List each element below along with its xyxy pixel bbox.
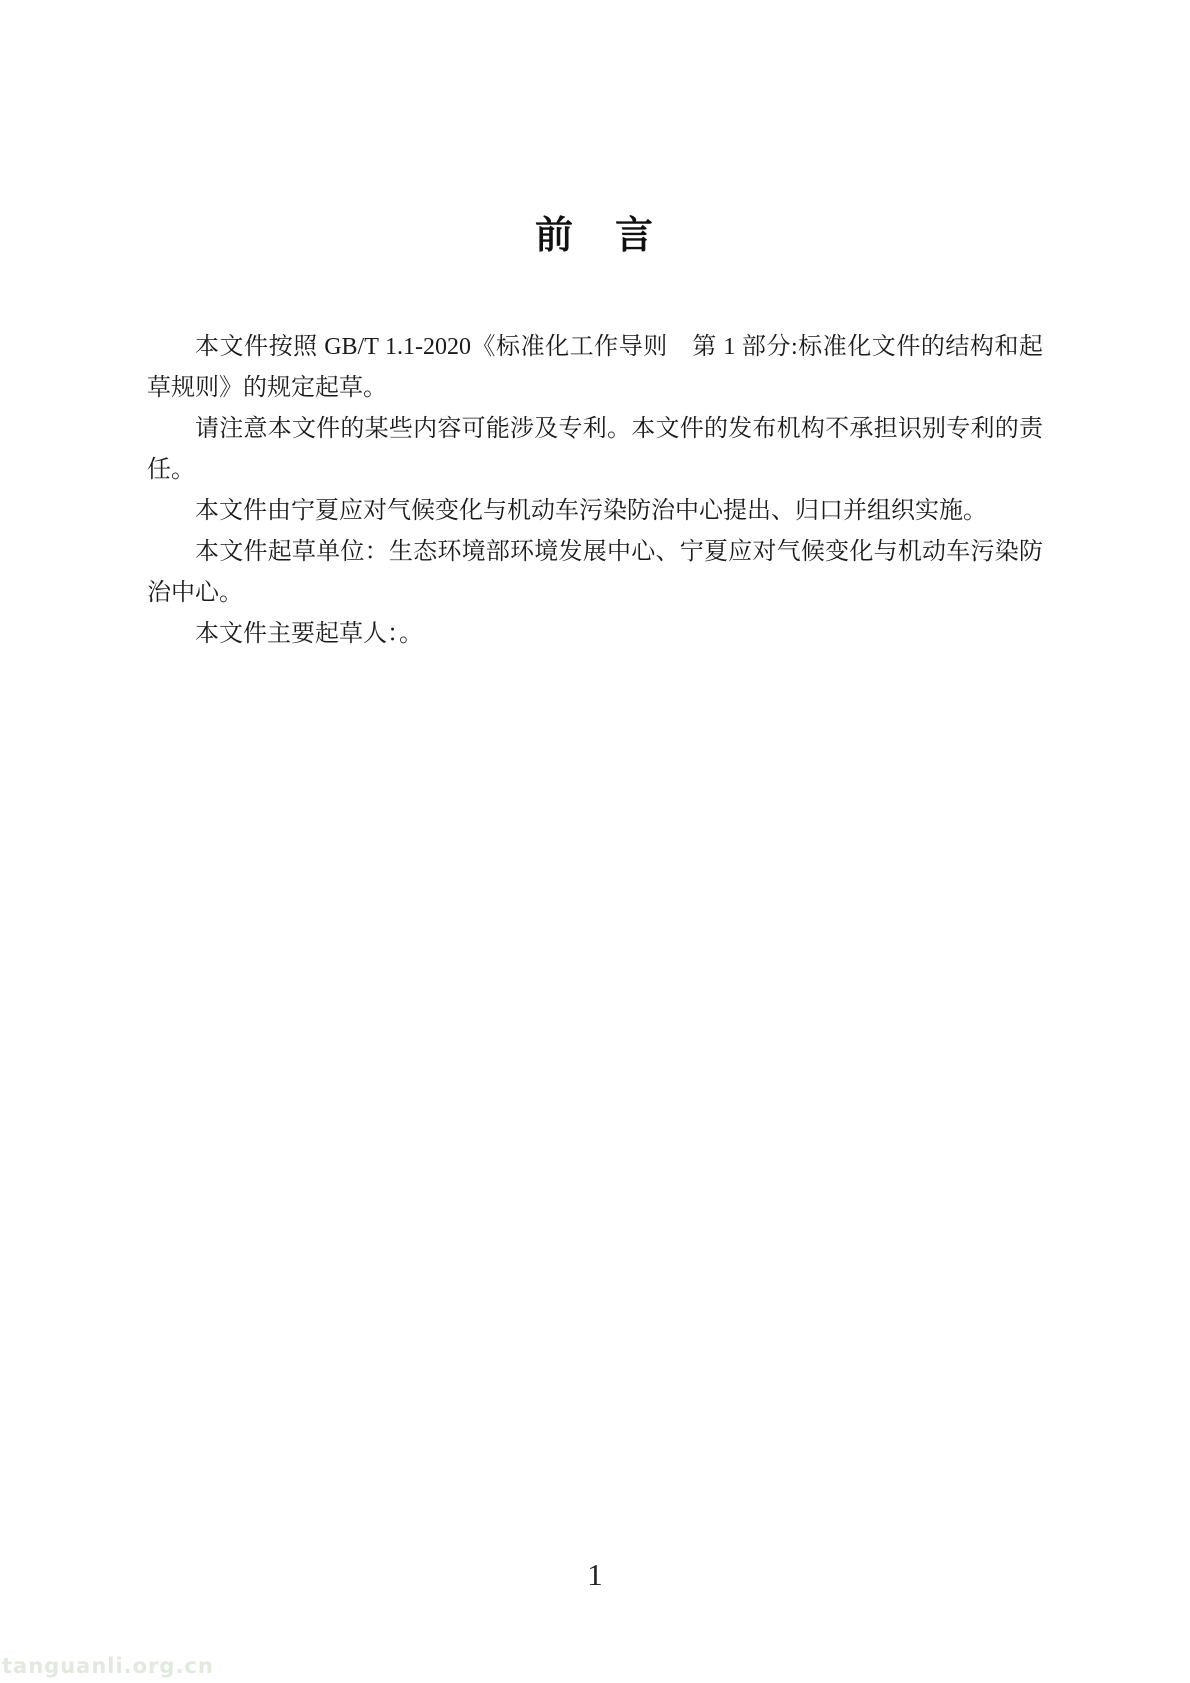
foreword-body: 本文件按照 GB/T 1.1-2020《标准化工作导则 第 1 部分:标准化文件… <box>147 327 1043 655</box>
paragraph-proposing-org: 本文件由宁夏应对气候变化与机动车污染防治中心提出、归口并组织实施。 <box>147 491 1043 532</box>
document-title: 前 言 <box>0 214 1190 258</box>
paragraph-patent-notice: 请注意本文件的某些内容可能涉及专利。本文件的发布机构不承担识别专利的责任。 <box>147 409 1043 491</box>
paragraph-drafting-orgs: 本文件起草单位：生态环境部环境发展中心、宁夏应对气候变化与机动车污染防治中心。 <box>147 532 1043 614</box>
page-number: 1 <box>0 1556 1190 1594</box>
watermark-text: tanguanli.org.cn <box>2 1652 214 1680</box>
paragraph-main-drafters: 本文件主要起草人：。 <box>147 614 1043 655</box>
document-page: 前 言 本文件按照 GB/T 1.1-2020《标准化工作导则 第 1 部分:标… <box>0 0 1190 1683</box>
paragraph-drafting-rules: 本文件按照 GB/T 1.1-2020《标准化工作导则 第 1 部分:标准化文件… <box>147 327 1043 409</box>
